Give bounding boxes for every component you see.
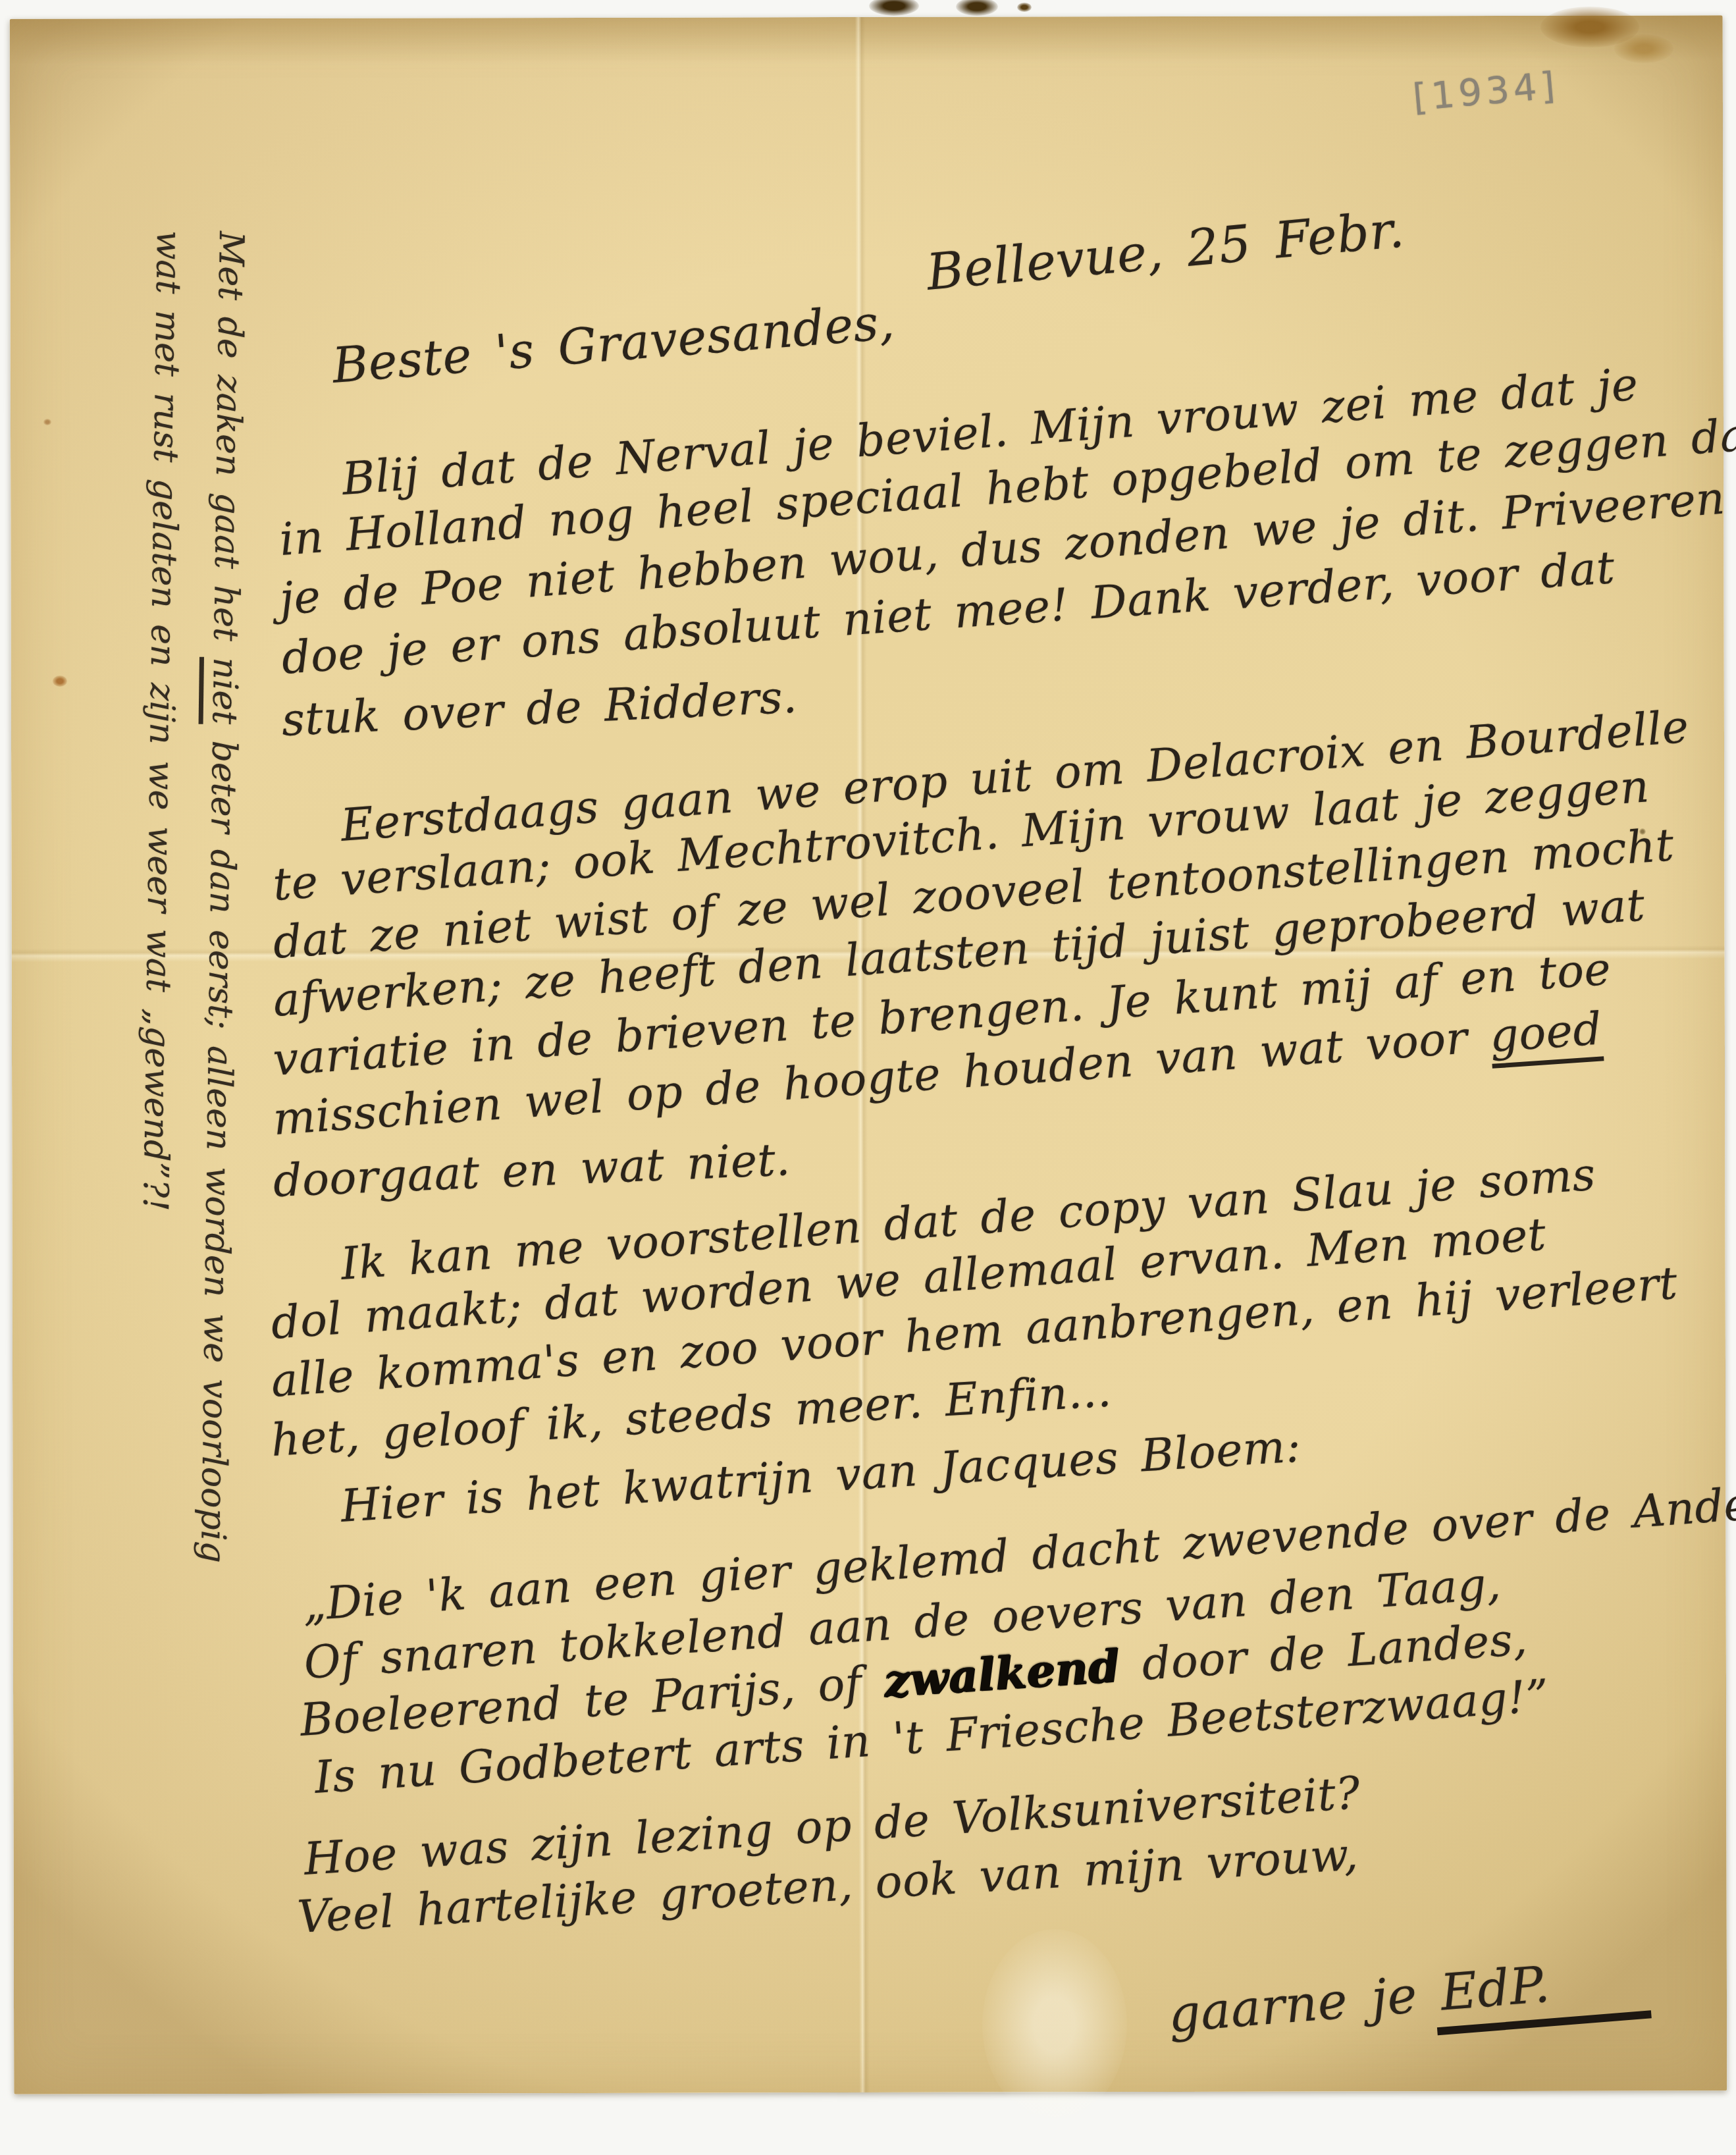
margin-note: Met de zaken gaat het niet beter dan eer… <box>118 230 262 1563</box>
ink-stain-top <box>869 0 919 16</box>
scanned-letter: [1934] Met de zaken gaat het niet beter … <box>0 0 1736 2155</box>
margin-note-text: beter dan eerst; alleen worden we voorlo… <box>193 724 244 1563</box>
ink-stain-top <box>956 0 998 16</box>
ink-stain-top <box>1017 3 1032 12</box>
underlined-word: goed <box>1488 1003 1604 1069</box>
margin-note-text: Met de zaken gaat het <box>205 231 251 658</box>
margin-note-underlined-word: niet <box>199 657 245 725</box>
